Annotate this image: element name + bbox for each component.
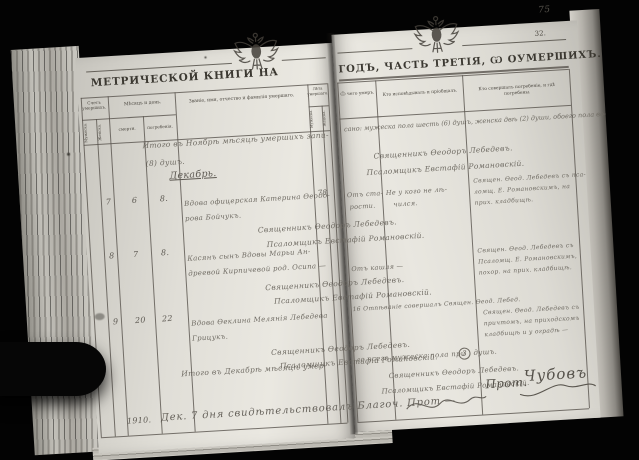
- page-number-handwritten: 75: [538, 6, 551, 17]
- row-death-day: 6: [132, 197, 138, 206]
- row-burial-day: 8.: [160, 195, 169, 204]
- row-count: 7: [106, 198, 112, 207]
- imperial-eagle-icon: [412, 13, 460, 56]
- book-spread: 75 32.: [14, 3, 624, 459]
- ink-speck: [204, 56, 206, 58]
- page-number-printed: 32.: [534, 29, 546, 38]
- column-header-count: Счетъ умершихъ.: [80, 99, 109, 111]
- row-count: 9: [113, 318, 119, 327]
- column-header-age: Лѣта умершаго.: [306, 86, 329, 97]
- row-burial-day: 22: [162, 315, 173, 324]
- archival-photo: 75 32.: [0, 0, 639, 460]
- book-clamp: [0, 342, 106, 396]
- handwriting-december-total: душъ.: [473, 349, 497, 358]
- row-cause: рости.: [349, 203, 375, 212]
- row-death-day: 7: [133, 251, 139, 260]
- audit-year: 1910.: [127, 416, 152, 426]
- row-burial-day: 8.: [161, 249, 170, 258]
- row-count: 8: [109, 252, 115, 261]
- column-header-count-male: Мужеска.: [82, 121, 97, 144]
- row-death-day: 20: [135, 316, 146, 325]
- row-confessed: чился.: [393, 200, 418, 209]
